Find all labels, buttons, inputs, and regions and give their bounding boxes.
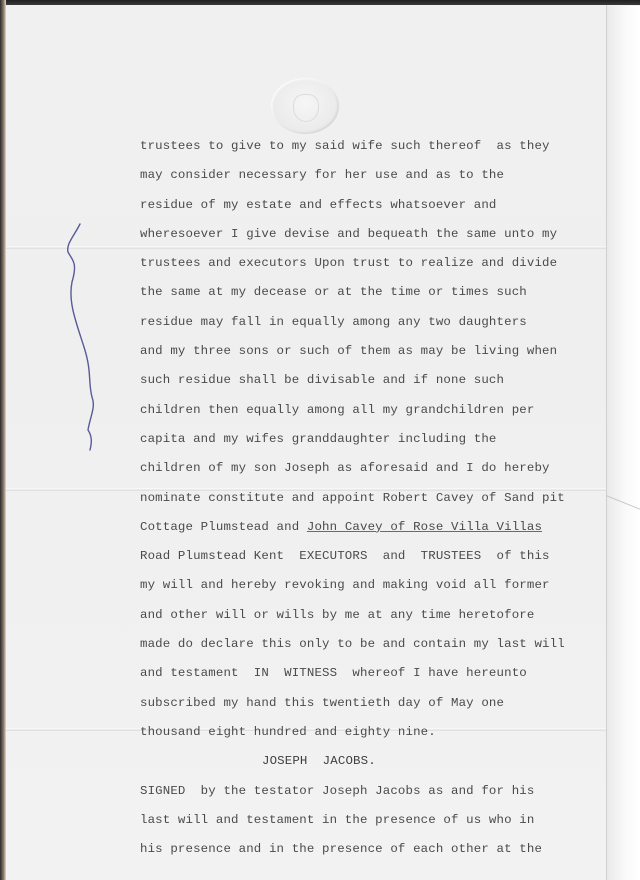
coat-of-arms-icon — [293, 94, 319, 122]
scan-top-edge — [0, 0, 640, 5]
text-line: and my three sons or such of them as may… — [140, 341, 580, 370]
text-line: made do declare this only to be and cont… — [140, 634, 580, 663]
pen-margin-mark-icon — [62, 222, 112, 452]
attestation-line: his presence and in the presence of each… — [140, 839, 580, 868]
embossed-seal-icon — [271, 78, 339, 134]
text-line: my will and hereby revoking and making v… — [140, 575, 580, 604]
text-line: nominate constitute and appoint Robert C… — [140, 488, 580, 517]
page-behind — [606, 6, 640, 880]
text-line: residue of my estate and effects whatsoe… — [140, 195, 580, 224]
text-line: subscribed my hand this twentieth day of… — [140, 693, 580, 722]
text-line: thousand eight hundred and eighty nine. — [140, 722, 580, 751]
text-line: and other will or wills by me at any tim… — [140, 605, 580, 634]
text-line: trustees to give to my said wife such th… — [140, 136, 580, 165]
text-line: residue may fall in equally among any tw… — [140, 312, 580, 341]
text-line: may consider necessary for her use and a… — [140, 165, 580, 194]
text-line-executor: Cottage Plumstead and John Cavey of Rose… — [140, 517, 580, 546]
will-text: trustees to give to my said wife such th… — [140, 136, 580, 868]
testator-signature: JOSEPH JACOBS. — [140, 751, 580, 780]
underlined-executor-name: John Cavey of Rose Villa Villas — [307, 520, 542, 534]
scan-left-edge — [0, 0, 6, 880]
text-line: wheresoever I give devise and bequeath t… — [140, 224, 580, 253]
text-line: trustees and executors Upon trust to rea… — [140, 253, 580, 282]
attestation-line: SIGNED by the testator Joseph Jacobs as … — [140, 781, 580, 810]
text-line: capita and my wifes granddaughter includ… — [140, 429, 580, 458]
text-line: and testament IN WITNESS whereof I have … — [140, 663, 580, 692]
text-line: such residue shall be divisable and if n… — [140, 370, 580, 399]
attestation-line: last will and testament in the presence … — [140, 810, 580, 839]
scanned-document: trustees to give to my said wife such th… — [0, 0, 640, 880]
text-line: the same at my decease or at the time or… — [140, 282, 580, 311]
text-line: Road Plumstead Kent EXECUTORS and TRUSTE… — [140, 546, 580, 575]
text-line: children of my son Joseph as aforesaid a… — [140, 458, 580, 487]
text-segment: Cottage Plumstead and — [140, 520, 307, 534]
text-line: children then equally among all my grand… — [140, 400, 580, 429]
